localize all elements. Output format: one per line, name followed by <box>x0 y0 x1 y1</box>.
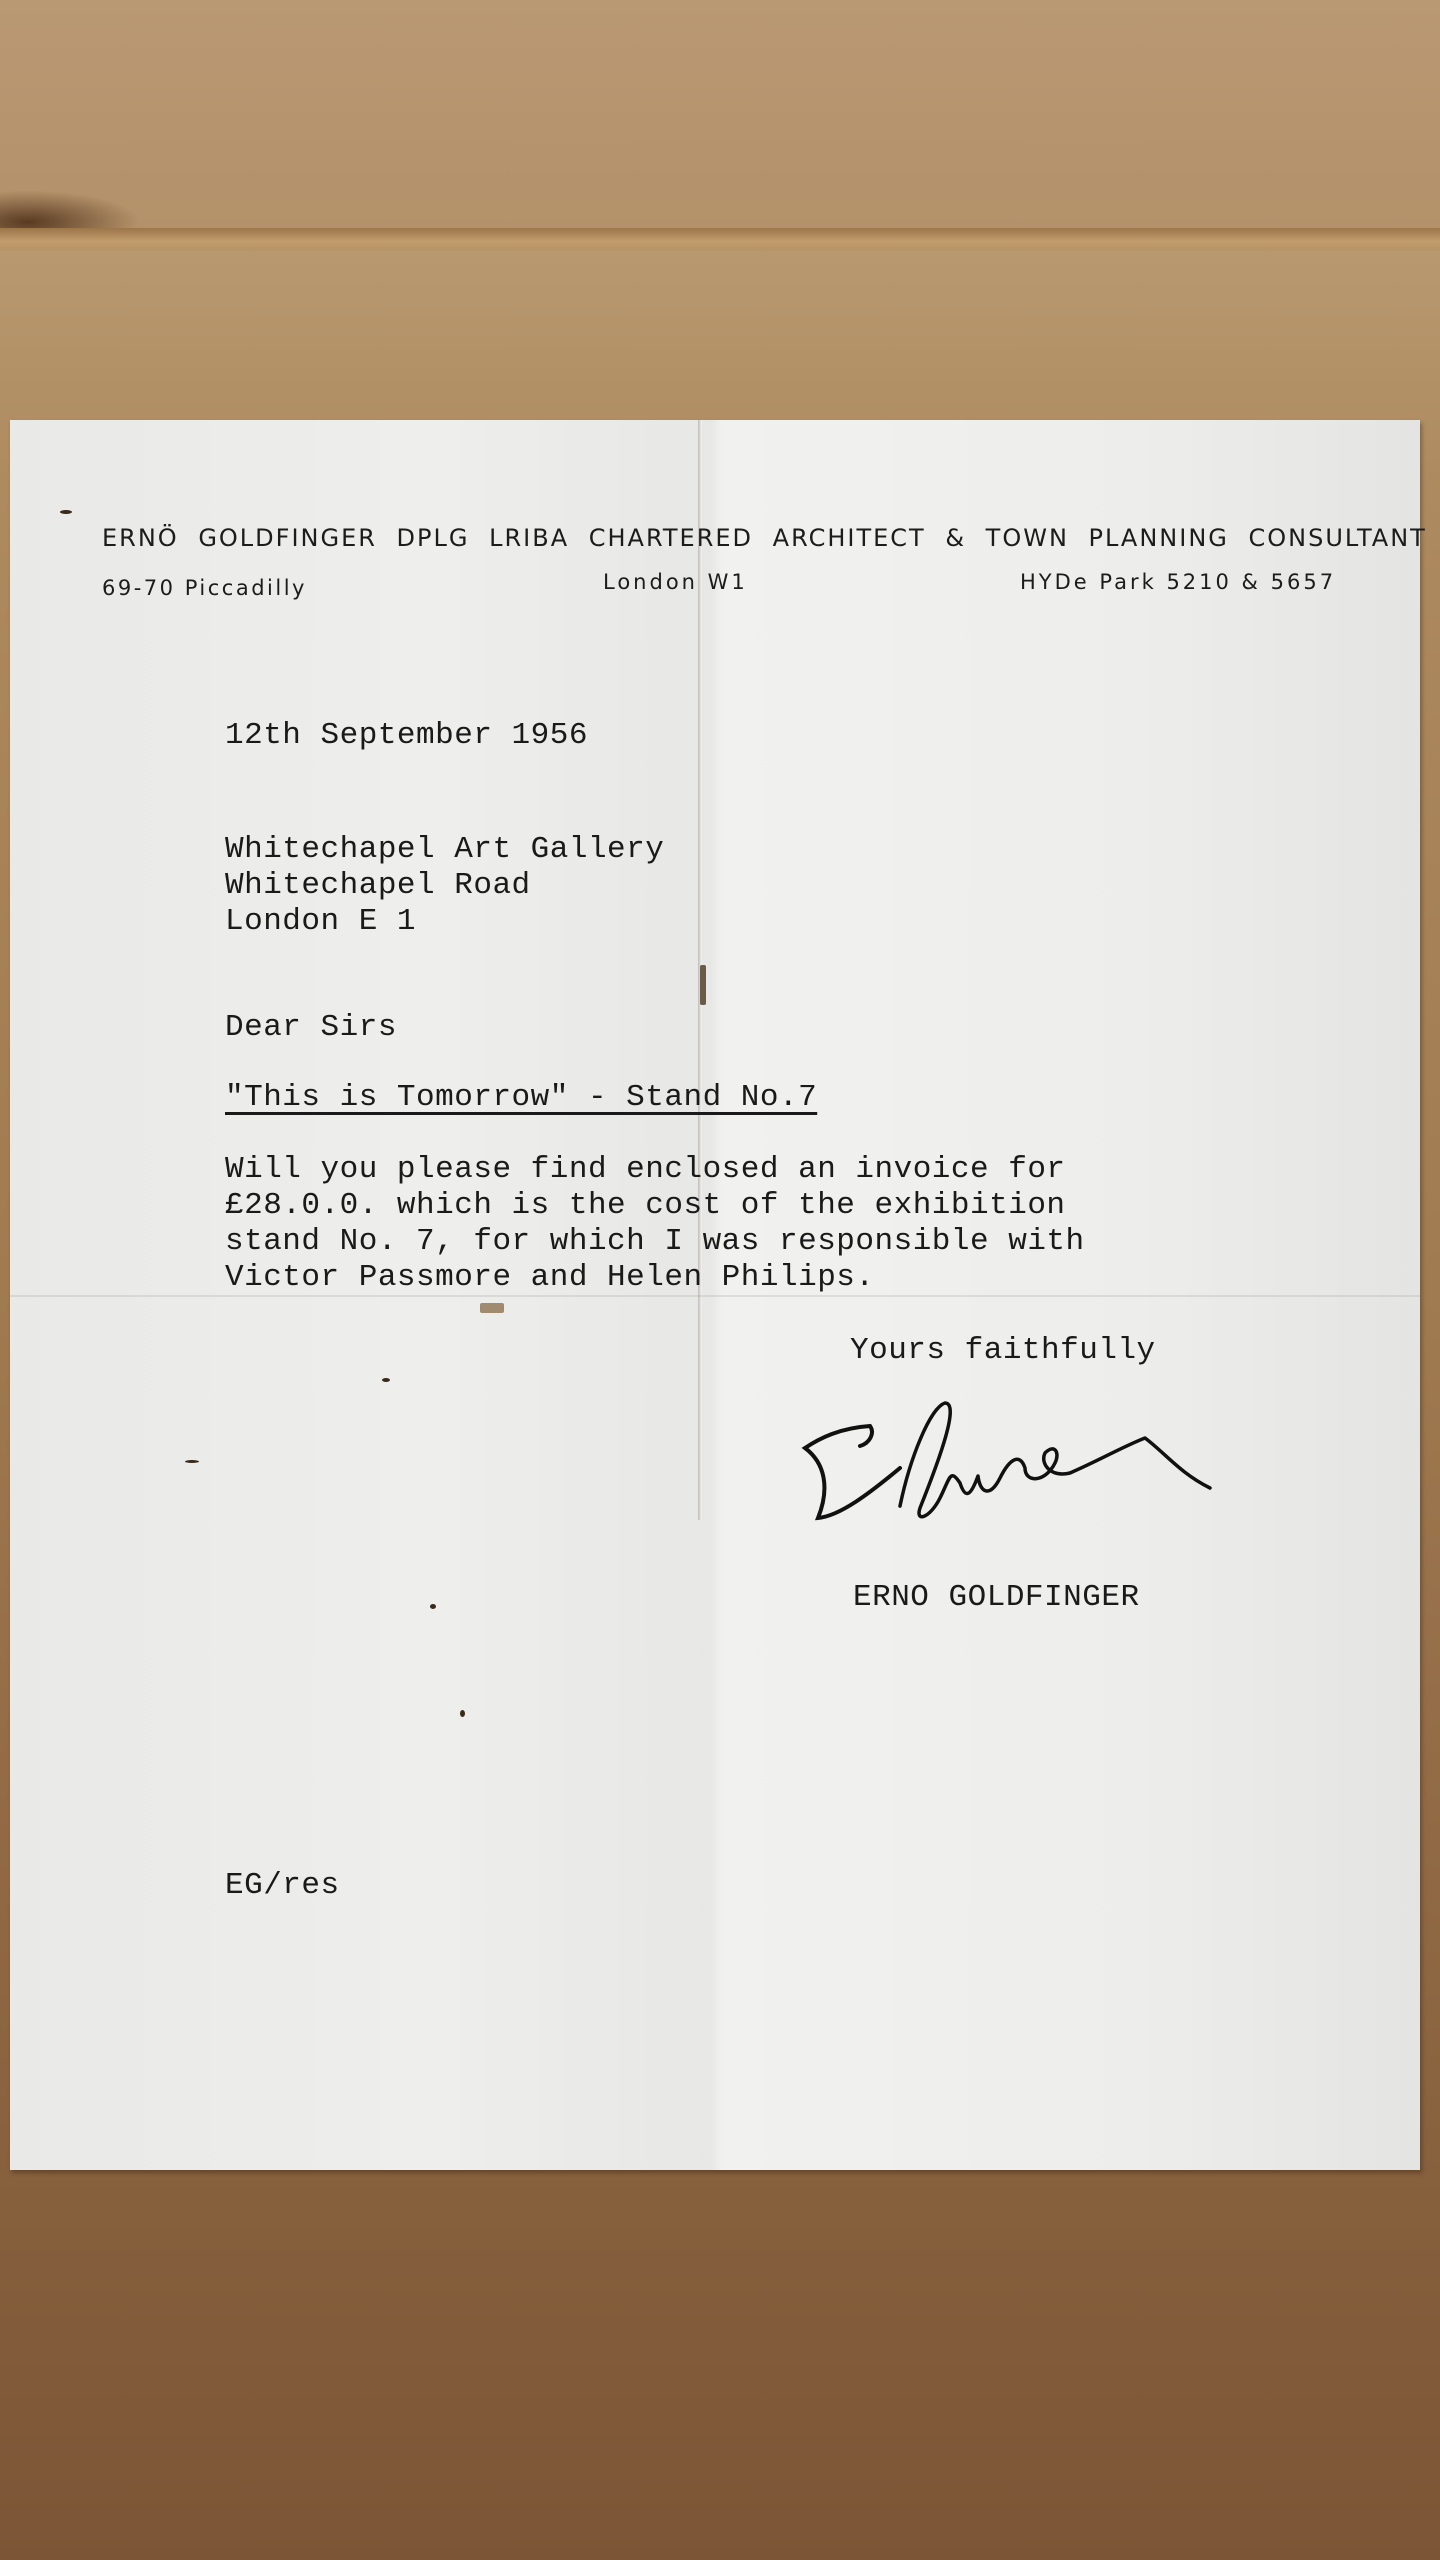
body-line: Victor Passmore and Helen Philips. <box>225 1260 1085 1296</box>
recipient-line: Whitechapel Road <box>225 868 664 904</box>
cardboard-lid <box>0 0 1440 235</box>
letter-date: 12th September 1956 <box>225 718 588 754</box>
letterhead-phone: HYDe Park 5210 & 5657 <box>1020 570 1336 594</box>
body-line: stand No. 7, for which I was responsible… <box>225 1224 1085 1260</box>
recipient-line: Whitechapel Art Gallery <box>225 832 664 868</box>
letter-body: Will you please find enclosed an invoice… <box>225 1152 1085 1296</box>
letterhead-city: London W1 <box>603 570 748 594</box>
recipient-line: London E 1 <box>225 904 664 940</box>
reference-initials: EG/res <box>225 1868 340 1904</box>
body-line: Will you please find enclosed an invoice… <box>225 1152 1085 1188</box>
speck <box>185 1460 199 1463</box>
recipient-address: Whitechapel Art GalleryWhitechapel RoadL… <box>225 832 664 940</box>
tear-mark <box>700 965 706 1005</box>
speck <box>60 510 72 514</box>
letterhead-address: 69-70 Piccadilly <box>102 576 307 600</box>
body-line: £28.0.0. which is the cost of the exhibi… <box>225 1188 1085 1224</box>
speck <box>382 1378 390 1382</box>
signature-icon <box>800 1398 1220 1538</box>
closing: Yours faithfully <box>850 1333 1156 1369</box>
speck <box>460 1710 465 1717</box>
cardboard-edge <box>0 228 1440 250</box>
letter-paper: ERNÖ GOLDFINGER DPLG LRIBA CHARTERED ARC… <box>10 420 1420 2170</box>
salutation: Dear Sirs <box>225 1010 397 1046</box>
speck <box>480 1303 504 1313</box>
letterhead-title: ERNÖ GOLDFINGER DPLG LRIBA CHARTERED ARC… <box>102 524 1427 552</box>
subject-line: "This is Tomorrow" - Stand No.7 <box>225 1080 817 1116</box>
signer-name: ERNO GOLDFINGER <box>853 1580 1140 1616</box>
speck <box>430 1604 436 1609</box>
shadow <box>0 190 140 230</box>
